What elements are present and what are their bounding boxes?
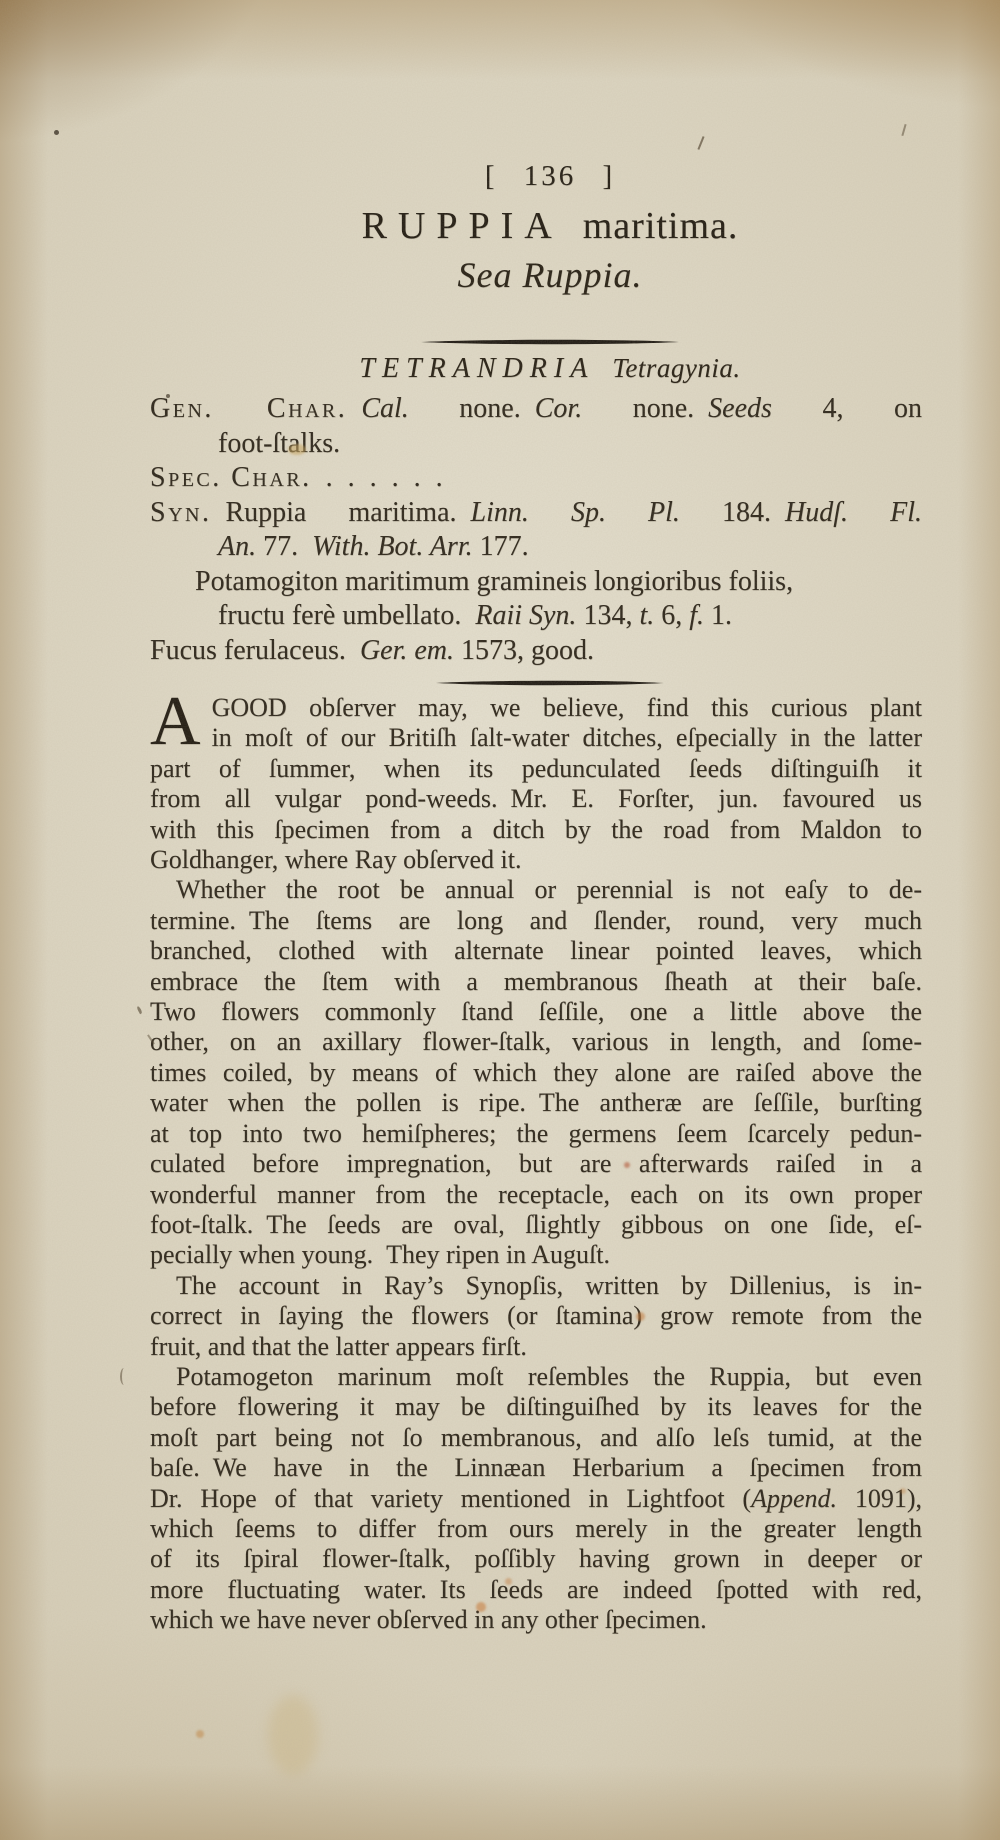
paragraph: Potamogeton marinum moſt reſembles the R… — [150, 1362, 922, 1636]
text-segment: 77. — [256, 531, 312, 562]
text-segment: none. — [409, 393, 535, 424]
page-number: [ 136 ] — [100, 160, 1000, 193]
text-segment: times coiled, by means of which they alo… — [150, 1058, 922, 1087]
text-line: which ſeems to differ from ours merely i… — [150, 1514, 922, 1544]
paragraph: Whether the root be annual or perennial … — [150, 875, 922, 1270]
text-line: other, on an axillary flower-ſtalk, vari… — [150, 1027, 922, 1057]
text-segment: 134, — [576, 600, 639, 631]
body-text: AGOOD obſerver may, we believe, find thi… — [150, 693, 922, 1636]
linnaean-order: Tetragynia. — [612, 353, 740, 383]
swelled-rule-icon — [435, 679, 665, 687]
text-segment: of its ſpiral flower-ſtalk, poſſibly hav… — [150, 1544, 922, 1573]
text-segment: more fluctuating water. Its ſeeds are in… — [150, 1575, 922, 1604]
text-line: foot-ſtalks. — [218, 427, 922, 462]
paragraph: AGOOD obſerver may, we believe, find thi… — [150, 693, 922, 875]
text-line: Dr. Hope of that variety mentioned in Li… — [150, 1484, 922, 1514]
text-segment: 184. — [680, 497, 785, 528]
italic-text: Linn. Sp. Pl. — [471, 497, 680, 528]
text-line: fruit, and that the latter appears firſt… — [150, 1332, 922, 1362]
text-line: Goldhanger, where Ray obſerved it. — [150, 845, 922, 875]
synopsis-block: Gen. Char. Cal. none. Cor. none. Seeds 4… — [150, 392, 922, 668]
text-segment: before flowering it may be diſtinguiſhed… — [150, 1392, 922, 1421]
text-line: Whether the root be annual or perennial … — [176, 875, 922, 905]
italic-text: Hudſ. Fl. — [785, 497, 922, 528]
italic-text: f. — [689, 600, 704, 631]
text-line: with this ſpecimen from a ditch by the r… — [150, 815, 922, 845]
text-segment: Dr. Hope of that variety mentioned in Li… — [150, 1484, 751, 1513]
paper-stain — [268, 1695, 318, 1775]
text-segment: fruit, and that the latter appears firſt… — [150, 1332, 527, 1361]
text-line: Spec. Char....... — [150, 461, 922, 496]
text-line: foot-ſtalk. The ſeeds are oval, ſlightly… — [150, 1210, 922, 1240]
text-segment: ...... — [326, 462, 458, 493]
text-segment: 6, — [654, 600, 689, 631]
text-segment: Goldhanger, where Ray obſerved it. — [150, 845, 522, 874]
text-segment: Potamogeton marinum moſt reſembles the R… — [176, 1362, 922, 1391]
text-segment: other, on an axillary flower-ſtalk, vari… — [150, 1027, 922, 1056]
text-segment: with this ſpecimen from a ditch by the r… — [150, 815, 922, 844]
linnaean-class: TETRANDRIA — [359, 353, 594, 384]
stray-mark — [697, 136, 704, 150]
text-segment: correct in ſaying the flowers (or ſtamin… — [150, 1301, 922, 1330]
text-segment: Two flowers commonly ſtand ſeſſile, one … — [150, 997, 922, 1026]
text-segment: at top into two hemiſpheres; the germens… — [150, 1119, 922, 1148]
text-line: An. 77. With. Bot. Arr. 177. — [218, 530, 922, 565]
text-line: GOOD obſerver may, we believe, find this… — [150, 693, 922, 723]
small-caps-label: Spec. Char. — [150, 462, 312, 493]
title-species: maritima. — [583, 205, 739, 247]
text-line: Two flowers commonly ſtand ſeſſile, one … — [150, 997, 922, 1027]
book-page: [ 136 ] RUPPIAmaritima. Sea Ruppia. TETR… — [0, 0, 1000, 1840]
text-segment: GOOD obſerver may, we believe, find this… — [212, 693, 922, 722]
stray-mark — [120, 1368, 128, 1385]
text-segment: 1. — [704, 600, 732, 631]
text-line: baſe. We have in the Linnæan Herbarium a… — [150, 1453, 922, 1483]
text-line: fructu ferè umbellato. Raii Syn. 134, t.… — [218, 599, 922, 634]
italic-text: Raii Syn. — [475, 600, 576, 631]
text-segment: culated before impregnation, but are aft… — [150, 1149, 922, 1178]
italic-text: Ger. em. — [360, 635, 454, 666]
text-line: from all vulgar pond-weeds. Mr. E. Forſt… — [150, 784, 922, 814]
text-line: Potamogeton marinum moſt reſembles the R… — [176, 1362, 922, 1392]
text-line: before flowering it may be diſtinguiſhed… — [150, 1392, 922, 1422]
text-line: of its ſpiral flower-ſtalk, poſſibly hav… — [150, 1544, 922, 1574]
italic-text: Cal. — [361, 393, 408, 424]
paragraph: The account in Ray’s Synopſis, written b… — [150, 1271, 922, 1362]
text-line: Fucus ferulaceus. Ger. em. 1573, good. — [150, 634, 922, 669]
text-line: which we have never obſerved in any othe… — [150, 1605, 922, 1635]
text-segment — [347, 393, 361, 424]
text-line: more fluctuating water. Its ſeeds are in… — [150, 1575, 922, 1605]
text-line: embrace the ſtem with a membranous ſheat… — [150, 967, 922, 997]
text-line: pecially when young. They ripen in Auguſ… — [150, 1240, 922, 1270]
text-segment: branched, clothed with alternate linear … — [150, 936, 922, 965]
ornamental-rule-middle — [100, 674, 1000, 692]
text-segment: which we have never obſerved in any othe… — [150, 1605, 707, 1634]
text-line: in moſt of our Britiſh ſalt-water ditche… — [150, 723, 922, 753]
text-segment: Ruppia maritima. — [211, 497, 470, 528]
text-segment: foot-ſtalk. The ſeeds are oval, ſlightly… — [150, 1210, 922, 1239]
text-segment: baſe. We have in the Linnæan Herbarium a… — [150, 1453, 922, 1482]
title-genus: RUPPIA — [362, 205, 563, 247]
small-caps-label: Syn. — [150, 497, 211, 528]
text-line: Syn. Ruppia maritima. Linn. Sp. Pl. 184.… — [150, 496, 922, 531]
text-line: The account in Ray’s Synopſis, written b… — [176, 1271, 922, 1301]
italic-text: Cor. — [535, 393, 582, 424]
text-line: culated before impregnation, but are aft… — [150, 1149, 922, 1179]
small-caps-label: Gen. Char. — [150, 393, 347, 424]
drop-cap: A — [150, 693, 212, 749]
text-line: Potamogiton maritimum gramineis longiori… — [195, 565, 922, 600]
text-segment: Whether the root be annual or perennial … — [176, 875, 922, 904]
text-line: branched, clothed with alternate linear … — [150, 936, 922, 966]
page-title: RUPPIAmaritima. — [100, 204, 1000, 248]
text-segment: foot-ſtalks. — [218, 428, 340, 459]
text-line: moſt part being not ſo membranous, and a… — [150, 1423, 922, 1453]
swelled-rule-icon — [420, 338, 680, 346]
text-line: Gen. Char. Cal. none. Cor. none. Seeds 4… — [150, 392, 922, 427]
text-line: at top into two hemiſpheres; the germens… — [150, 1119, 922, 1149]
ornamental-rule-top — [100, 333, 1000, 351]
stray-mark — [901, 124, 906, 136]
text-line: correct in ſaying the flowers (or ſtamin… — [150, 1301, 922, 1331]
text-segment: fructu ferè umbellato. — [218, 600, 475, 631]
text-line: termine. The ſtems are long and ſlender,… — [150, 906, 922, 936]
text-segment: Potamogiton maritimum gramineis longiori… — [195, 566, 793, 597]
text-segment: Fucus ferulaceus. — [150, 635, 360, 666]
text-segment: moſt part being not ſo membranous, and a… — [150, 1423, 922, 1452]
text-segment: from all vulgar pond-weeds. Mr. E. Forſt… — [150, 784, 922, 813]
italic-text: Append. — [751, 1484, 837, 1513]
text-segment: which ſeems to differ from ours merely i… — [150, 1514, 922, 1543]
text-segment: part of ſummer, when its pedunculated ſe… — [150, 754, 922, 783]
text-segment: 4, on — [772, 393, 922, 424]
text-segment: in moſt of our Britiſh ſalt-water ditche… — [212, 723, 922, 752]
common-name: Sea Ruppia. — [100, 254, 1000, 296]
text-line: times coiled, by means of which they alo… — [150, 1058, 922, 1088]
text-segment: wonderful manner from the receptacle, ea… — [150, 1180, 922, 1209]
text-segment: none. — [582, 393, 708, 424]
italic-text: An. — [218, 531, 256, 562]
text-segment: termine. The ſtems are long and ſlender,… — [150, 906, 922, 935]
text-segment: 177. — [473, 531, 529, 562]
text-line: water when the pollen is ripe. The anthe… — [150, 1088, 922, 1118]
text-segment: embrace the ſtem with a membranous ſheat… — [150, 967, 922, 996]
italic-text: t. — [639, 600, 654, 631]
text-segment: The account in Ray’s Synopſis, written b… — [176, 1271, 922, 1300]
text-segment: 1091), — [837, 1484, 922, 1513]
classification-line: TETRANDRIATetragynia. — [100, 353, 1000, 385]
text-line: part of ſummer, when its pedunculated ſe… — [150, 754, 922, 784]
ink-speck — [54, 130, 59, 135]
paper-stain — [196, 1730, 204, 1738]
stray-mark — [136, 1006, 142, 1014]
italic-text: Seeds — [708, 393, 772, 424]
text-segment: 1573, good. — [454, 635, 594, 666]
italic-text: With. Bot. Arr. — [312, 531, 473, 562]
text-segment: water when the pollen is ripe. The anthe… — [150, 1088, 922, 1117]
text-segment: pecially when young. They ripen in Auguſ… — [150, 1240, 610, 1269]
text-line: wonderful manner from the receptacle, ea… — [150, 1180, 922, 1210]
